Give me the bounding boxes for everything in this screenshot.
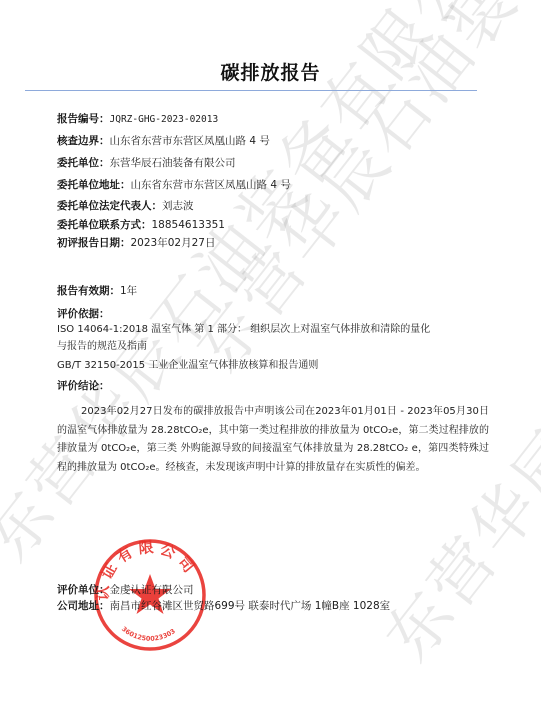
svg-text:3601250023303: 3601250023303 (120, 625, 177, 643)
legal-representative-field: 委托单位法定代表人：刘志波 (57, 199, 194, 213)
field-value: 刘志波 (162, 200, 194, 212)
contact-field: 委托单位联系方式：18854613351 (57, 218, 225, 232)
field-label: 报告编号： (57, 113, 110, 125)
page-title: 碳排放报告 (0, 58, 541, 85)
field-value: 南昌市红谷滩区世贸路699号 联泰时代广场 1幢B座 1028室 (110, 600, 391, 612)
field-label: 委托单位法定代表人： (57, 200, 162, 212)
evaluator-field: 评价单位：金虔认证有限公司 (57, 583, 194, 597)
field-label: 报告有效期： (57, 285, 120, 297)
validity-field: 报告有效期：1年 (57, 284, 137, 298)
basis-item: GB/T 32150-2015 工业企业温室气体排放核算和报告通则 (57, 357, 477, 374)
conclusion-text: 2023年02月27日发布的碳排放报告中声明该公司在2023年01月01日 - … (57, 403, 489, 477)
field-value: 2023年02月27日 (131, 237, 216, 249)
field-label: 委托单位联系方式： (57, 219, 152, 231)
report-number-field: 报告编号：JQRZ-GHG-2023-02013 (57, 112, 218, 127)
client-address-field: 委托单位地址：山东省东营市东营区凤凰山路 4 号 (57, 178, 291, 192)
field-label: 初评报告日期： (57, 237, 131, 249)
field-label: 评价单位： (57, 584, 110, 596)
field-value: 1年 (120, 285, 137, 297)
field-value: 山东省东营市东营区凤凰山路 4 号 (131, 179, 291, 191)
initial-report-date-field: 初评报告日期：2023年02月27日 (57, 236, 215, 250)
field-value: 金虔认证有限公司 (110, 584, 194, 596)
field-label: 委托单位地址： (57, 179, 131, 191)
client-field: 委托单位：东营华辰石油装备有限公司 (57, 156, 236, 170)
field-value: 18854613351 (152, 219, 226, 231)
field-value: 东营华辰石油装备有限公司 (110, 157, 236, 169)
title-divider (25, 90, 477, 91)
field-label: 核查边界： (57, 135, 110, 147)
field-label: 公司地址： (57, 600, 110, 612)
field-label: 委托单位： (57, 157, 110, 169)
basis-heading: 评价依据： (57, 306, 110, 321)
boundary-field: 核查边界：山东省东营市东营区凤凰山路 4 号 (57, 134, 270, 148)
conclusion-heading: 评价结论： (57, 378, 110, 393)
basis-item: ISO 14064-1:2018 温室气体 第 1 部分： 组织层次上对温室气体… (57, 321, 437, 355)
company-address-field: 公司地址：南昌市红谷滩区世贸路699号 联泰时代广场 1幢B座 1028室 (57, 599, 390, 613)
field-value: 山东省东营市东营区凤凰山路 4 号 (110, 135, 270, 147)
field-value: JQRZ-GHG-2023-02013 (110, 114, 219, 125)
